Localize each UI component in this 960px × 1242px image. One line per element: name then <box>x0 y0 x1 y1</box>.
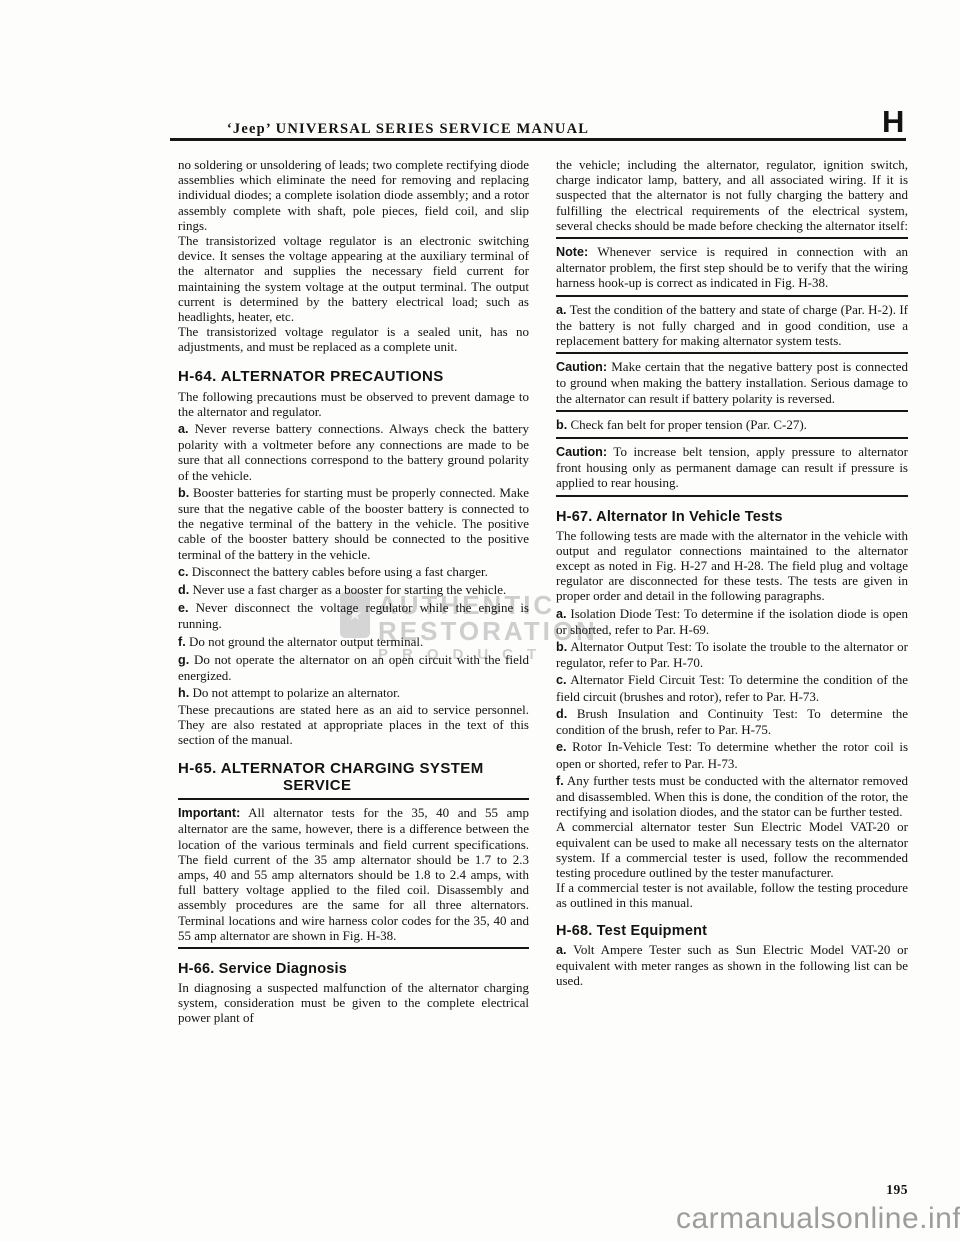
paragraph-label: b. <box>556 418 567 432</box>
paragraph-label: a. <box>556 607 567 621</box>
labeled-paragraph: a. Isolation Diode Test: To determine if… <box>556 606 908 637</box>
section-rule <box>178 798 529 800</box>
paragraph-text: Volt Ampere Tester such as Sun Electric … <box>556 942 908 988</box>
labeled-paragraph: b. Booster batteries for starting must b… <box>178 485 529 562</box>
paragraph: The transistorized voltage regulator is … <box>178 233 529 324</box>
section-rule <box>556 495 908 497</box>
section-rule <box>556 352 908 354</box>
labeled-paragraph: f. Do not ground the alternator output t… <box>178 634 529 650</box>
paragraph-label: d. <box>556 707 567 721</box>
section-rule <box>178 947 529 949</box>
paragraph: no soldering or unsoldering of leads; tw… <box>178 157 529 233</box>
labeled-paragraph: Note: Whenever service is required in co… <box>556 244 908 291</box>
paragraph-text: Isolation Diode Test: To determine if th… <box>556 606 908 637</box>
paragraph-text: Alternator Output Test: To isolate the t… <box>556 639 908 670</box>
paragraph: The transistorized voltage regulator is … <box>178 324 529 354</box>
paragraph-text: Booster batteries for starting must be p… <box>178 485 529 562</box>
section-heading: H-66. Service Diagnosis <box>178 961 529 977</box>
paragraph-text: Never disconnect the voltage regulator w… <box>178 600 529 631</box>
paragraph-label: b. <box>556 640 567 654</box>
paragraph-label: c. <box>178 565 189 579</box>
paragraph-text: To increase belt tension, apply pressure… <box>556 444 908 490</box>
paragraph-label: e. <box>178 601 189 615</box>
paragraph-text: If a commercial tester is not available,… <box>556 880 908 910</box>
paragraph-label: c. <box>556 673 567 687</box>
labeled-paragraph: e. Rotor In-Vehicle Test: To determine w… <box>556 739 908 770</box>
heading-text: H-67. Alternator In Vehicle Tests <box>556 509 783 525</box>
paragraph-text: A commercial alternator tester Sun Elect… <box>556 819 908 880</box>
paragraph-label: f. <box>556 774 564 788</box>
paragraph: the vehicle; including the alternator, r… <box>556 157 908 233</box>
heading-text: SERVICE <box>178 777 529 794</box>
paragraph-label: Caution: <box>556 360 607 374</box>
labeled-paragraph: Caution: Make certain that the negative … <box>556 359 908 406</box>
page-number: 195 <box>556 1182 908 1198</box>
paragraph-text: the vehicle; including the alternator, r… <box>556 157 908 233</box>
site-watermark: carmanualsonline.info <box>676 1202 960 1236</box>
paragraph-text: Do not operate the alternator on an open… <box>178 652 529 683</box>
section-heading: H-68. Test Equipment <box>556 923 908 939</box>
paragraph-text: Never reverse battery connections. Alway… <box>178 421 529 483</box>
paragraph-text: Make certain that the negative battery p… <box>556 359 908 405</box>
paragraph-label: h. <box>178 686 189 700</box>
paragraph-label: f. <box>178 635 186 649</box>
paragraph: A commercial alternator tester Sun Elect… <box>556 819 908 880</box>
heading-text: H-65. ALTERNATOR CHARGING SYSTEM <box>178 760 484 777</box>
labeled-paragraph: f. Any further tests must be conducted w… <box>556 773 908 820</box>
header-rule <box>170 138 906 141</box>
section-letter: H <box>882 104 904 140</box>
section-heading: H-65. ALTERNATOR CHARGING SYSTEMSERVICE <box>178 760 529 794</box>
labeled-paragraph: Caution: To increase belt tension, apply… <box>556 444 908 491</box>
labeled-paragraph: a. Never reverse battery connections. Al… <box>178 421 529 483</box>
paragraph-label: Note: <box>556 245 588 259</box>
labeled-paragraph: d. Never use a fast charger as a booster… <box>178 582 529 598</box>
labeled-paragraph: a. Volt Ampere Tester such as Sun Electr… <box>556 942 908 989</box>
labeled-paragraph: Important: All alternator tests for the … <box>178 805 529 943</box>
heading-text: H-64. ALTERNATOR PRECAUTIONS <box>178 368 444 385</box>
section-rule <box>556 410 908 412</box>
paragraph-text: All alternator tests for the 35, 40 and … <box>178 805 529 943</box>
paragraph-label: Important: <box>178 806 240 820</box>
paragraph-text: Do not ground the alternator output term… <box>189 634 423 649</box>
labeled-paragraph: a. Test the condition of the battery and… <box>556 302 908 349</box>
heading-text: H-68. Test Equipment <box>556 923 707 939</box>
paragraph-label: a. <box>556 303 567 317</box>
paragraph: The following tests are made with the al… <box>556 528 908 604</box>
paragraph-text: no soldering or unsoldering of leads; tw… <box>178 157 529 233</box>
paragraph-text: In diagnosing a suspected malfunction of… <box>178 980 529 1025</box>
paragraph: The following precautions must be observ… <box>178 389 529 419</box>
section-heading: H-67. Alternator In Vehicle Tests <box>556 509 908 525</box>
paragraph-label: e. <box>556 740 567 754</box>
section-rule <box>556 237 908 239</box>
right-column: the vehicle; including the alternator, r… <box>556 157 908 988</box>
page-title: ‘Jeep’ UNIVERSAL SERIES SERVICE MANUAL <box>178 121 638 138</box>
paragraph: If a commercial tester is not available,… <box>556 880 908 910</box>
labeled-paragraph: c. Disconnect the battery cables before … <box>178 564 529 580</box>
paragraph-text: Never use a fast charger as a booster fo… <box>192 582 506 597</box>
paragraph: These precautions are stated here as an … <box>178 702 529 748</box>
section-rule <box>556 437 908 439</box>
paragraph-text: Brush Insulation and Continuity Test: To… <box>556 706 908 737</box>
labeled-paragraph: h. Do not attempt to polarize an alterna… <box>178 685 529 701</box>
paragraph-text: The following tests are made with the al… <box>556 528 908 604</box>
paragraph-text: Whenever service is required in connecti… <box>556 244 908 290</box>
section-rule <box>556 295 908 297</box>
paragraph-text: The following precautions must be observ… <box>178 389 529 419</box>
paragraph-label: a. <box>178 422 189 436</box>
heading-text: H-66. Service Diagnosis <box>178 961 347 977</box>
paragraph-text: Do not attempt to polarize an alternator… <box>192 685 400 700</box>
paragraph-text: Disconnect the battery cables before usi… <box>192 564 488 579</box>
labeled-paragraph: g. Do not operate the alternator on an o… <box>178 652 529 683</box>
section-heading: H-64. ALTERNATOR PRECAUTIONS <box>178 368 529 385</box>
paragraph-text: These precautions are stated here as an … <box>178 702 529 747</box>
paragraph-text: The transistorized voltage regulator is … <box>178 324 529 354</box>
paragraph-text: The transistorized voltage regulator is … <box>178 233 529 324</box>
paragraph-label: g. <box>178 653 189 667</box>
paragraph-text: Test the condition of the battery and st… <box>556 302 908 348</box>
paragraph-label: d. <box>178 583 189 597</box>
paragraph-text: Rotor In-Vehicle Test: To determine whet… <box>556 739 908 770</box>
paragraph-text: Any further tests must be conducted with… <box>556 773 908 819</box>
paragraph-label: b. <box>178 486 189 500</box>
paragraph-text: Alternator Field Circuit Test: To determ… <box>556 672 908 703</box>
labeled-paragraph: d. Brush Insulation and Continuity Test:… <box>556 706 908 737</box>
paragraph: In diagnosing a suspected malfunction of… <box>178 980 529 1026</box>
paragraph-text: Check fan belt for proper tension (Par. … <box>570 417 806 432</box>
manual-page: ‘Jeep’ UNIVERSAL SERIES SERVICE MANUAL H… <box>0 0 960 1242</box>
labeled-paragraph: b. Check fan belt for proper tension (Pa… <box>556 417 908 433</box>
left-column: no soldering or unsoldering of leads; tw… <box>178 157 529 1026</box>
labeled-paragraph: b. Alternator Output Test: To isolate th… <box>556 639 908 670</box>
labeled-paragraph: c. Alternator Field Circuit Test: To det… <box>556 672 908 703</box>
paragraph-label: a. <box>556 943 567 957</box>
labeled-paragraph: e. Never disconnect the voltage regulato… <box>178 600 529 631</box>
paragraph-label: Caution: <box>556 445 607 459</box>
